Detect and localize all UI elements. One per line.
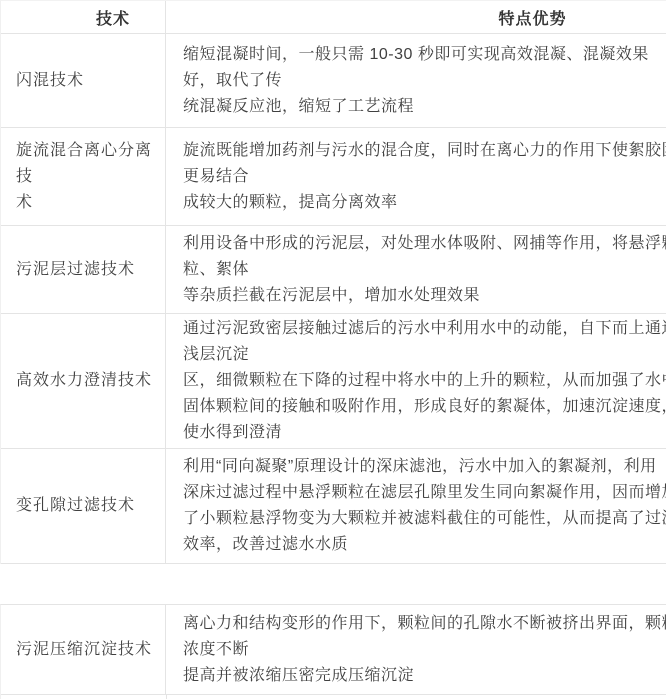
tech-name: 旋流混合离心分离技 xyxy=(16,138,163,190)
table-row: 污泥压缩沉淀技术 离心力和结构变形的作用下，颗粒间的孔隙水不断被挤出界面，颗粒 … xyxy=(1,605,666,695)
desc-line: 统混凝反应池，缩短了工艺流程 xyxy=(183,94,666,120)
document-page: 技术 特点优势 闪混技术 缩短混凝时间，一般只需 10-30 秒即可实现高效混凝… xyxy=(0,0,666,699)
tech-cell: 闪混技术 xyxy=(1,34,166,127)
desc-line: 固体颗粒间的接触和吸附作用，形成良好的絮凝体，加速沉淀速度， xyxy=(183,394,666,420)
desc-line: 利用“同向凝聚”原理设计的深床滤池，污水中加入的絮凝剂，利用 xyxy=(183,454,666,480)
tech-name: 污泥层过滤技术 xyxy=(16,257,163,283)
desc-cell: 旋流既能增加药剂与污水的混合度，同时在离心力的作用下使絮胶团 更易结合 成较大的… xyxy=(166,128,666,225)
desc-cell: 利用“同向凝聚”原理设计的深床滤池，污水中加入的絮凝剂，利用 深床过滤过程中悬浮… xyxy=(166,449,666,563)
desc-line: 利用设备中形成的污泥层，对处理水体吸附、网捕等作用，将悬浮颗 xyxy=(183,231,666,257)
table-row: 闪混技术 缩短混凝时间，一般只需 10-30 秒即可实现高效混凝、混凝效果 好，… xyxy=(1,34,666,128)
header-cell-advantages: 特点优势 xyxy=(166,1,666,33)
desc-line: 缩短混凝时间，一般只需 10-30 秒即可实现高效混凝、混凝效果 xyxy=(183,42,666,68)
tech-cell: 变孔隙过滤技术 xyxy=(1,449,166,563)
tech-name: 高效水力澄清技术 xyxy=(16,368,163,394)
desc-cell: 利用设备中形成的污泥层，对处理水体吸附、网捕等作用，将悬浮颗 粒、絮体 等杂质拦… xyxy=(166,226,666,313)
header-label-technology: 技术 xyxy=(96,6,130,29)
desc-line: 使水得到澄清 xyxy=(183,420,666,446)
desc-line: 区，细微颗粒在下降的过程中将水中的上升的颗粒，从而加强了水中 xyxy=(183,368,666,394)
desc-cell: 离心力和结构变形的作用下，颗粒间的孔隙水不断被挤出界面，颗粒 浓度不断 提高并被… xyxy=(166,605,666,694)
desc-line: 通过污泥致密层接触过滤后的污水中利用水中的动能，自下而上通过 xyxy=(183,316,666,342)
desc-cell: 缩短混凝时间，一般只需 10-30 秒即可实现高效混凝、混凝效果 好，取代了传 … xyxy=(166,34,666,127)
column-divider-stub xyxy=(1,695,167,699)
table-row: 污泥层过滤技术 利用设备中形成的污泥层，对处理水体吸附、网捕等作用，将悬浮颗 粒… xyxy=(1,226,666,314)
technology-table-part-2: 污泥压缩沉淀技术 离心力和结构变形的作用下，颗粒间的孔隙水不断被挤出界面，颗粒 … xyxy=(0,604,666,699)
desc-line: 成较大的颗粒，提高分离效率 xyxy=(183,190,666,216)
header-label-advantages: 特点优势 xyxy=(498,6,566,29)
desc-line: 提高并被浓缩压密完成压缩沉淀 xyxy=(183,663,666,689)
desc-line: 更易结合 xyxy=(183,164,666,190)
tech-name: 术 xyxy=(16,190,163,216)
tech-cell: 污泥压缩沉淀技术 xyxy=(1,605,166,694)
table-section-gap xyxy=(0,564,666,604)
desc-cell: 通过污泥致密层接触过滤后的污水中利用水中的动能，自下而上通过 浅层沉淀 区，细微… xyxy=(166,314,666,448)
desc-line: 了小颗粒悬浮物变为大颗粒并被滤料截住的可能性，从而提高了过滤 xyxy=(183,506,666,532)
tech-cell: 旋流混合离心分离技 术 xyxy=(1,128,166,225)
desc-line: 浅层沉淀 xyxy=(183,342,666,368)
table-row: 高效水力澄清技术 通过污泥致密层接触过滤后的污水中利用水中的动能，自下而上通过 … xyxy=(1,314,666,449)
desc-line: 离心力和结构变形的作用下，颗粒间的孔隙水不断被挤出界面，颗粒 xyxy=(183,611,666,637)
desc-line: 旋流既能增加药剂与污水的混合度，同时在离心力的作用下使絮胶团 xyxy=(183,138,666,164)
tech-cell: 污泥层过滤技术 xyxy=(1,226,166,313)
desc-line: 等杂质拦截在污泥层中，增加水处理效果 xyxy=(183,283,666,309)
tech-name: 污泥压缩沉淀技术 xyxy=(16,637,163,663)
table-row: 旋流混合离心分离技 术 旋流既能增加药剂与污水的混合度，同时在离心力的作用下使絮… xyxy=(1,128,666,226)
table-row: 变孔隙过滤技术 利用“同向凝聚”原理设计的深床滤池，污水中加入的絮凝剂，利用 深… xyxy=(1,449,666,564)
header-cell-technology: 技术 xyxy=(1,1,166,33)
desc-line: 好，取代了传 xyxy=(183,68,666,94)
tech-cell: 高效水力澄清技术 xyxy=(1,314,166,448)
tech-name: 变孔隙过滤技术 xyxy=(16,493,163,519)
desc-line: 浓度不断 xyxy=(183,637,666,663)
table-header-row: 技术 特点优势 xyxy=(1,1,666,34)
desc-line: 效率，改善过滤水水质 xyxy=(183,532,666,558)
desc-line: 粒、絮体 xyxy=(183,257,666,283)
technology-table-part-1: 技术 特点优势 闪混技术 缩短混凝时间，一般只需 10-30 秒即可实现高效混凝… xyxy=(0,0,666,564)
desc-line: 深床过滤过程中悬浮颗粒在滤层孔隙里发生同向絮凝作用，因而增加 xyxy=(183,480,666,506)
tech-name: 闪混技术 xyxy=(16,68,163,94)
